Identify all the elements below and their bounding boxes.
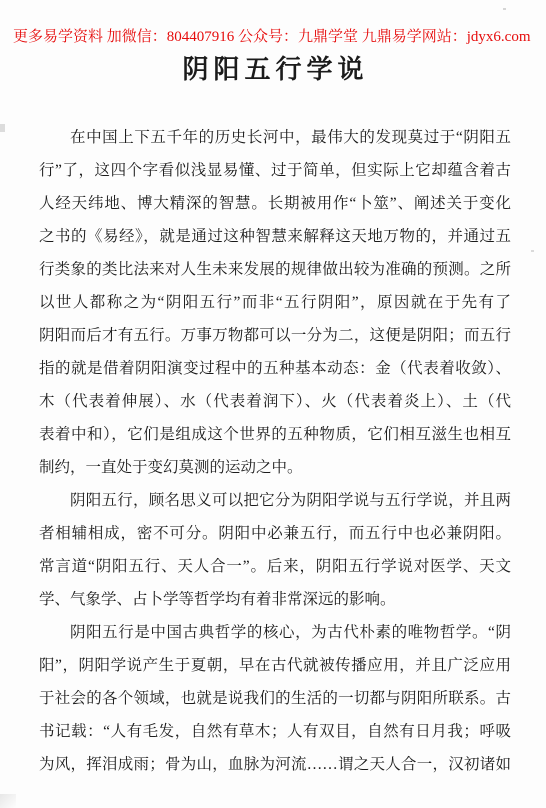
text-line: 者相辅相成，密不可分。阴阳中必兼五行，而五行中也必兼阴阳。: [39, 517, 511, 550]
text-line: 制约，一直处于变幻莫测的运动之中。: [39, 451, 511, 484]
scan-artifact: [503, 8, 506, 10]
text-line: 以世人都称之为“阴阳五行”而非“五行阴阳”，原因就在于先有了: [39, 286, 511, 319]
text-line: 行”了，这四个字看似浅显易懂、过于简单，但实际上它却蕴含着古: [39, 154, 511, 187]
text-line: 行类象的类比法来对人生未来发展的规律做出较为准确的预测。之所: [39, 253, 511, 286]
text-line: 于社会的各个领域，也就是说我们的生活的一切都与阴阳所联系。古: [39, 682, 511, 715]
text-line: 书记载：“人有毛发，自然有草木；人有双目，自然有日月我；呼吸: [39, 715, 511, 748]
text-line: 常言道“阴阳五行、天人合一”。后来，阴阳五行学说对医学、天文: [39, 550, 511, 583]
text-line: 在中国上下五千年的历史长河中，最伟大的发现莫过于“阴阳五: [39, 121, 511, 154]
page-title: 阴阳五行学说: [0, 49, 546, 86]
text-line: 阴阳五行是中国古典哲学的核心，为古代朴素的唯物哲学。“阴: [39, 616, 511, 649]
text-line: 阴阳而后才有五行。万事万物都可以一分为二，这便是阴阳；而五行: [39, 319, 511, 352]
scanned-page: 更多易学资料 加微信：804407916 公众号：九鼎学堂 九鼎易学网站：jdy…: [0, 0, 546, 808]
text-line: 指的就是借着阴阳演变过程中的五种基本动态：金（代表着收敛）、: [39, 352, 511, 385]
text-line: 学、气象学、占卜学等哲学均有着非常深远的影响。: [39, 583, 511, 616]
article-body: 在中国上下五千年的历史长河中，最伟大的发现莫过于“阴阳五行”了，这四个字看似浅显…: [39, 121, 511, 781]
scan-artifact: [0, 124, 5, 132]
text-line: 木（代表着伸展）、水（代表着润下）、火（代表着炎上）、土（代: [39, 385, 511, 418]
text-line: 阳”，阴阳学说产生于夏朝，早在古代就被传播应用，并且广泛应用: [39, 649, 511, 682]
scan-artifact: [531, 250, 534, 252]
text-line: 人经天纬地、博大精深的智慧。长期被用作“卜筮”、阐述关于变化: [39, 187, 511, 220]
text-line: 阴阳五行，顾名思义可以把它分为阴阳学说与五行学说，并且两: [39, 484, 511, 517]
text-line: 为风，挥泪成雨；骨为山，血脉为河流……谓之天人合一，汉初诸如: [39, 748, 511, 781]
text-line: 表着中和），它们是组成这个世界的五种物质，它们相互滋生也相互: [39, 418, 511, 451]
text-line: 之书的《易经》，就是通过这种智慧来解释这天地万物的，并通过五: [39, 220, 511, 253]
scan-artifact: [0, 794, 16, 808]
promo-text: 更多易学资料 加微信：804407916 公众号：九鼎学堂 九鼎易学网站：jdy…: [13, 25, 531, 46]
